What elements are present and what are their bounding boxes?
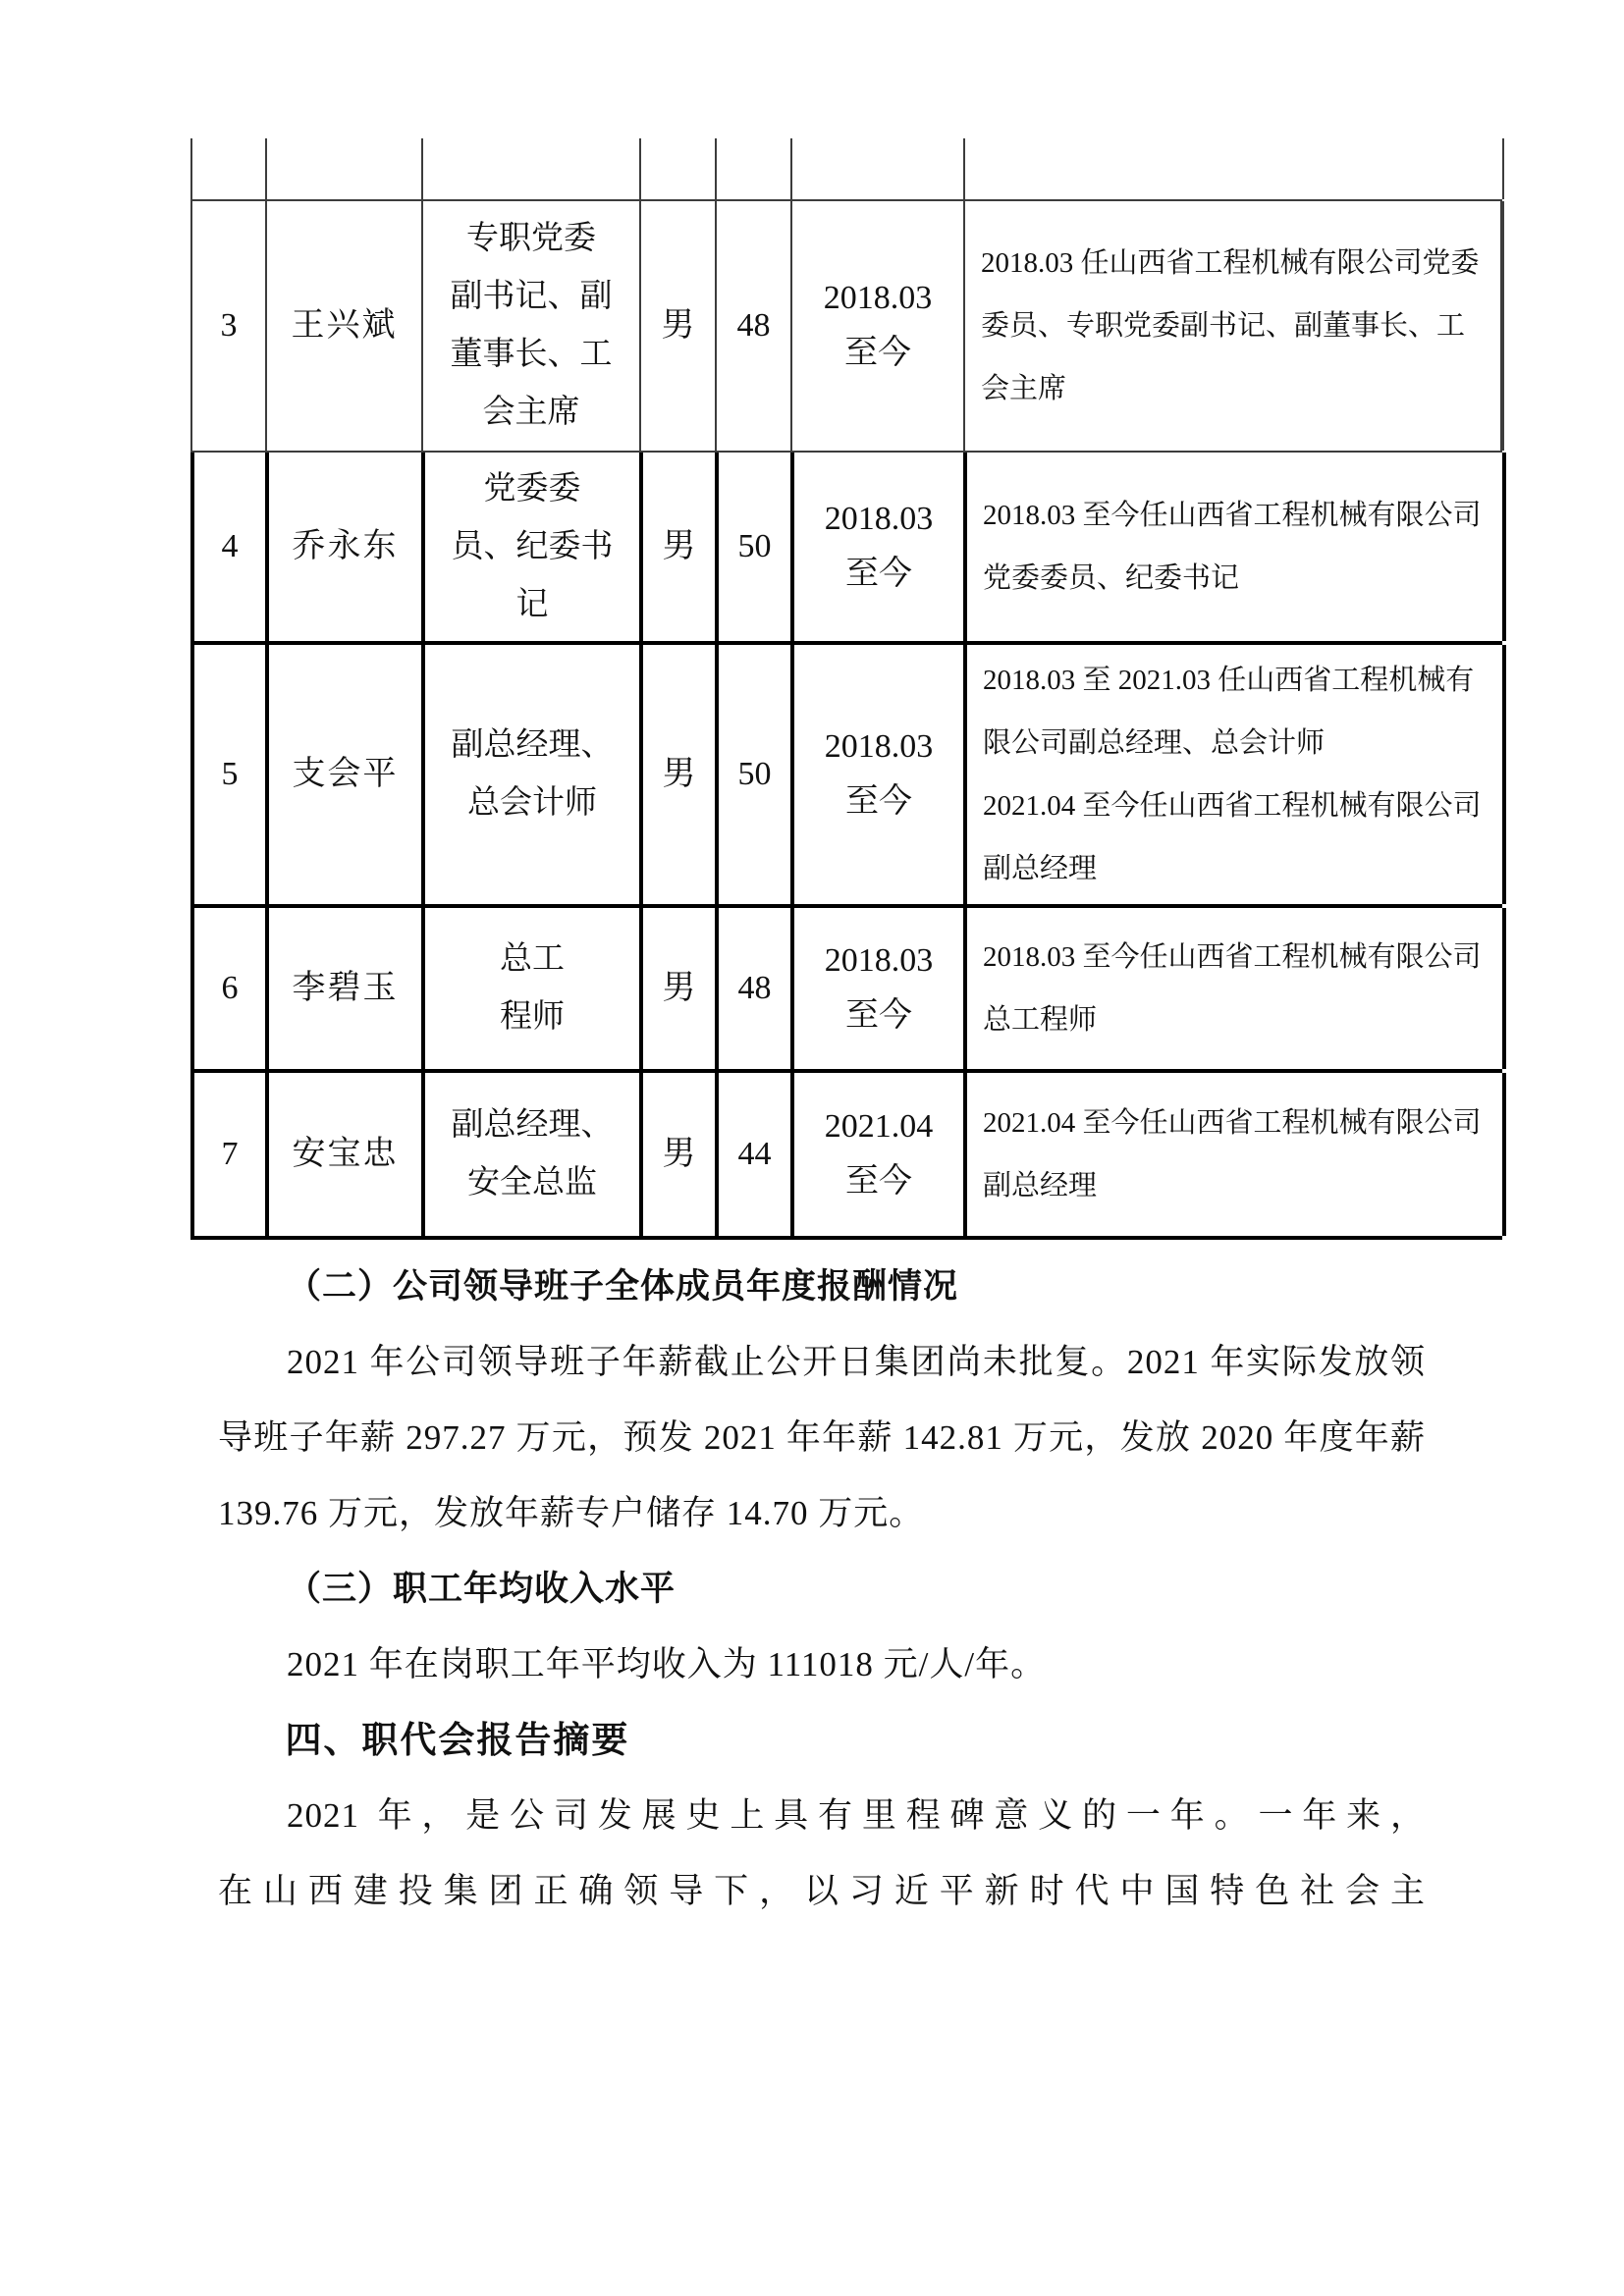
- body-text: （二）公司领导班子全体成员年度报酬情况 2021 年公司领导班子年薪截止公开日集…: [218, 1249, 1426, 1929]
- table-row: 6 李碧玉 总工 程师 男 48 2018.03 至今 2018.03 至今任山…: [190, 908, 1502, 1073]
- position-cell: 副总经理、 安全总监: [425, 1073, 643, 1236]
- stub-cell: [965, 138, 1504, 199]
- age-cell: 50: [719, 453, 794, 641]
- name-cell: 安宝忠: [269, 1073, 425, 1236]
- seq-cell: 6: [194, 908, 269, 1069]
- table-row: 7 安宝忠 副总经理、 安全总监 男 44 2021.04 至今 2021.04…: [190, 1073, 1502, 1240]
- income-paragraph: 2021 年在岗职工年平均收入为 111018 元/人/年。: [218, 1627, 1426, 1702]
- stub-cell: [717, 138, 792, 199]
- age-cell: 44: [719, 1073, 794, 1236]
- table-row: 3 王兴斌 专职党委 副书记、副 董事长、工 会主席 男 48 2018.03 …: [190, 199, 1502, 453]
- name-cell: 王兴斌: [267, 201, 423, 451]
- section-heading-report: 四、职代会报告摘要: [218, 1702, 1426, 1778]
- gender-cell: 男: [643, 645, 719, 904]
- stub-cell: [423, 138, 641, 199]
- document-page: 3 王兴斌 专职党委 副书记、副 董事长、工 会主席 男 48 2018.03 …: [0, 0, 1624, 2296]
- age-cell: 48: [717, 201, 792, 451]
- seq-cell: 3: [192, 201, 267, 451]
- stub-cell: [641, 138, 717, 199]
- section-heading-income: （三）职工年均收入水平: [218, 1551, 1426, 1627]
- stub-cell: [267, 138, 423, 199]
- seq-cell: 5: [194, 645, 269, 904]
- table-row-stub: [190, 138, 1502, 199]
- position-cell: 专职党委 副书记、副 董事长、工 会主席: [423, 201, 641, 451]
- history-cell: 2018.03 任山西省工程机械有限公司党委委员、专职党委副书记、副董事长、工会…: [965, 201, 1504, 451]
- history-cell: 2018.03 至 2021.03 任山西省工程机械有限公司副总经理、总会计师 …: [967, 645, 1506, 904]
- report-paragraph-line2: 在山西建投集团正确领导下，以习近平新时代中国特色社会主: [218, 1853, 1426, 1929]
- report-paragraph-line1: 2021 年，是公司发展史上具有里程碑意义的一年。一年来，: [218, 1778, 1426, 1853]
- name-cell: 李碧玉: [269, 908, 425, 1069]
- gender-cell: 男: [641, 201, 717, 451]
- position-cell: 总工 程师: [425, 908, 643, 1069]
- compensation-paragraph: 2021 年公司领导班子年薪截止公开日集团尚未批复。2021 年实际发放领导班子…: [218, 1324, 1426, 1551]
- history-cell: 2021.04 至今任山西省工程机械有限公司副总经理: [967, 1073, 1506, 1236]
- stub-cell: [792, 138, 965, 199]
- table-row: 4 乔永东 党委委 员、纪委书 记 男 50 2018.03 至今 2018.0…: [190, 453, 1502, 645]
- tenure-cell: 2018.03 至今: [792, 201, 965, 451]
- leadership-table: 3 王兴斌 专职党委 副书记、副 董事长、工 会主席 男 48 2018.03 …: [190, 138, 1502, 1240]
- tenure-cell: 2021.04 至今: [794, 1073, 967, 1236]
- position-cell: 党委委 员、纪委书 记: [425, 453, 643, 641]
- age-cell: 50: [719, 645, 794, 904]
- seq-cell: 4: [194, 453, 269, 641]
- stub-cell: [192, 138, 267, 199]
- gender-cell: 男: [643, 453, 719, 641]
- history-cell: 2018.03 至今任山西省工程机械有限公司总工程师: [967, 908, 1506, 1069]
- name-cell: 乔永东: [269, 453, 425, 641]
- age-cell: 48: [719, 908, 794, 1069]
- tenure-cell: 2018.03 至今: [794, 908, 967, 1069]
- position-cell: 副总经理、 总会计师: [425, 645, 643, 904]
- gender-cell: 男: [643, 1073, 719, 1236]
- section-heading-compensation: （二）公司领导班子全体成员年度报酬情况: [218, 1249, 1426, 1324]
- gender-cell: 男: [643, 908, 719, 1069]
- seq-cell: 7: [194, 1073, 269, 1236]
- tenure-cell: 2018.03 至今: [794, 453, 967, 641]
- name-cell: 支会平: [269, 645, 425, 904]
- tenure-cell: 2018.03 至今: [794, 645, 967, 904]
- table-row: 5 支会平 副总经理、 总会计师 男 50 2018.03 至今 2018.03…: [190, 645, 1502, 908]
- history-cell: 2018.03 至今任山西省工程机械有限公司党委委员、纪委书记: [967, 453, 1506, 641]
